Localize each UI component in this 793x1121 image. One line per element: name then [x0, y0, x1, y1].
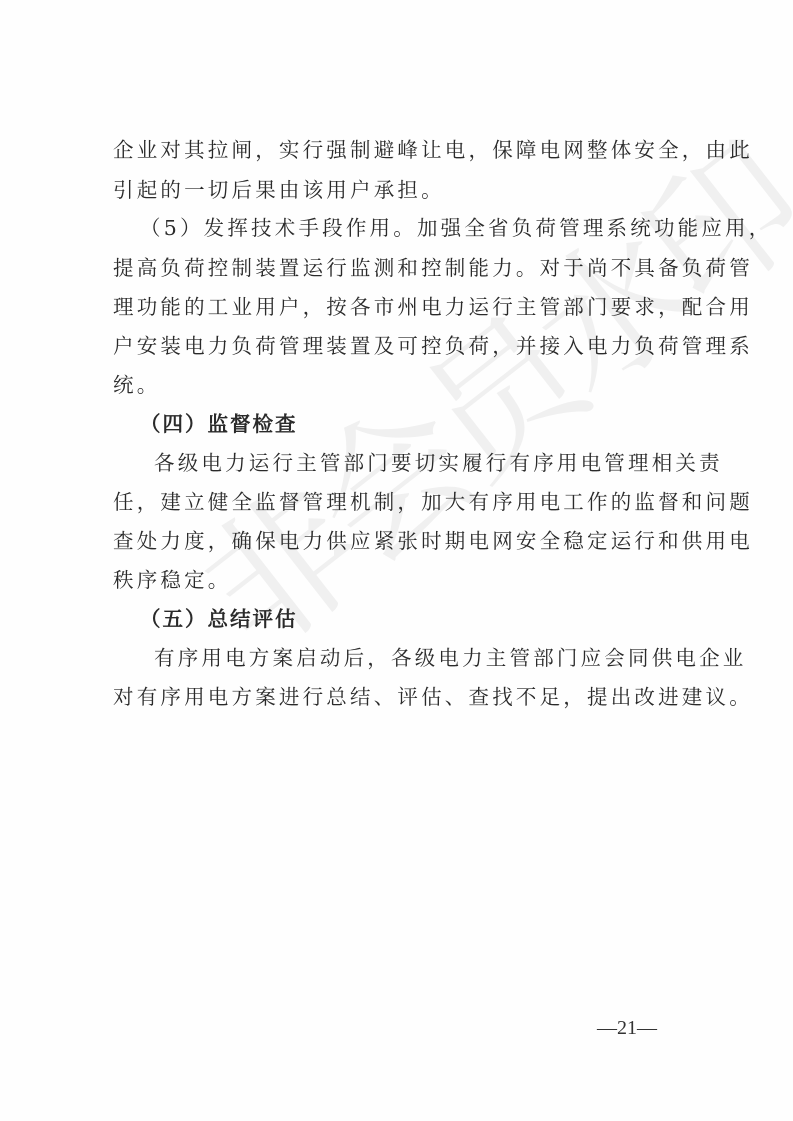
body-line: 对有序用电方案进行总结、评估、查找不足，提出改进建议。	[113, 683, 693, 711]
body-line: （5）发挥技术手段作用。加强全省负荷管理系统功能应用，	[140, 214, 679, 242]
body-line: 引起的一切后果由该用户承担。	[113, 176, 693, 204]
page-number: —21—	[597, 1017, 657, 1040]
body-line: 任，建立健全监督管理机制，加大有序用电工作的监督和问题	[113, 488, 693, 516]
section-heading-evaluation: （五）总结评估	[140, 605, 679, 633]
document-page: 非会员水印 企业对其拉闸，实行强制避峰让电，保障电网整体安全，由此 引起的一切后…	[0, 0, 793, 1121]
section-heading-supervision: （四）监督检查	[140, 410, 679, 438]
body-line: 企业对其拉闸，实行强制避峰让电，保障电网整体安全，由此	[113, 136, 693, 164]
body-line: 户安装电力负荷管理装置及可控负荷，并接入电力负荷管理系	[113, 332, 693, 360]
body-line: 统。	[113, 371, 693, 399]
body-line: 秩序稳定。	[113, 566, 693, 594]
body-line: 提高负荷控制装置运行监测和控制能力。对于尚不具备负荷管	[113, 254, 693, 282]
body-line: 各级电力运行主管部门要切实履行有序用电管理相关责	[154, 449, 693, 477]
body-line: 理功能的工业用户，按各市州电力运行主管部门要求，配合用	[113, 293, 693, 321]
body-line: 有序用电方案启动后，各级电力主管部门应会同供电企业	[154, 644, 693, 672]
body-line: 查处力度，确保电力供应紧张时期电网安全稳定运行和供用电	[113, 527, 693, 555]
